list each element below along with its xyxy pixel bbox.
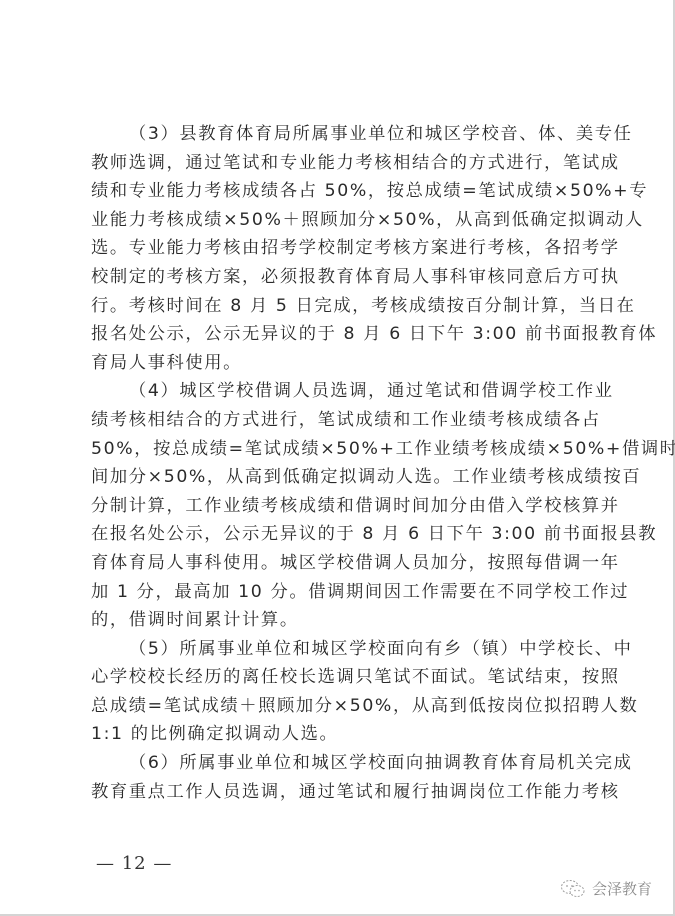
text-line: 间加分×50%，从高到低确定拟调动人选。工作业绩考核成绩按百 bbox=[91, 463, 591, 492]
text-line: （3）县教育体育局所属事业单位和城区学校音、体、美专任 bbox=[91, 120, 591, 149]
text-line: 的，借调时间累计计算。 bbox=[91, 606, 591, 635]
paragraph-3: （3）县教育体育局所属事业单位和城区学校音、体、美专任 教师选调，通过笔试和专业… bbox=[91, 120, 591, 377]
text-line: 行。考核时间在 8 月 5 日完成，考核成绩按百分制计算，当日在 bbox=[91, 292, 591, 321]
text-line: 1:1 的比例确定拟调动人选。 bbox=[91, 720, 591, 749]
text-line: 教育重点工作人员选调，通过笔试和履行抽调岗位工作能力考核 bbox=[91, 778, 591, 807]
paragraph-4: （4）城区学校借调人员选调，通过笔试和借调学校工作业 绩考核相结合的方式进行，笔… bbox=[91, 377, 591, 634]
wechat-icon bbox=[560, 879, 586, 899]
text-line: 绩和专业能力考核成绩各占 50%，按总成绩=笔试成绩×50%+专 bbox=[91, 177, 591, 206]
text-line: （4）城区学校借调人员选调，通过笔试和借调学校工作业 bbox=[91, 377, 591, 406]
text-line: 校制定的考核方案，必须报教育体育局人事科审核同意后方可执 bbox=[91, 263, 591, 292]
text-line: 业能力考核成绩×50%＋照顾加分×50%，从高到低确定拟调动人 bbox=[91, 206, 591, 235]
text-line: （6）所属事业单位和城区学校面向抽调教育体育局机关完成 bbox=[91, 749, 591, 778]
paragraph-5: （5）所属事业单位和城区学校面向有乡（镇）中学校长、中 心学校校长经历的离任校长… bbox=[91, 635, 591, 749]
watermark-text: 会泽教育 bbox=[592, 878, 652, 899]
text-line: 心学校校长经历的离任校长选调只笔试不面试。笔试结束，按照 bbox=[91, 663, 591, 692]
document-page: （3）县教育体育局所属事业单位和城区学校音、体、美专任 教师选调，通过笔试和专业… bbox=[0, 0, 675, 916]
page-number: — 12 — bbox=[96, 853, 172, 874]
text-line: 总成绩=笔试成绩＋照顾加分×50%，从高到低按岗位拟招聘人数 bbox=[91, 692, 591, 721]
text-line: 加 1 分，最高加 10 分。借调期间因工作需要在不同学校工作过 bbox=[91, 578, 591, 607]
text-line: （5）所属事业单位和城区学校面向有乡（镇）中学校长、中 bbox=[91, 635, 591, 664]
text-line: 选。专业能力考核由招考学校制定考核方案进行考核，各招考学 bbox=[91, 234, 591, 263]
document-body: （3）县教育体育局所属事业单位和城区学校音、体、美专任 教师选调，通过笔试和专业… bbox=[91, 120, 591, 806]
text-line: 绩考核相结合的方式进行，笔试成绩和工作业绩考核成绩各占 bbox=[91, 406, 591, 435]
text-line: 50%，按总成绩=笔试成绩×50%+工作业绩考核成绩×50%+借调时 bbox=[91, 435, 591, 464]
text-line: 育局人事科使用。 bbox=[91, 349, 591, 378]
text-line: 报名处公示，公示无异议的于 8 月 6 日下午 3:00 前书面报教育体 bbox=[91, 320, 591, 349]
text-line: 在报名处公示，公示无异议的于 8 月 6 日下午 3:00 前书面报县教 bbox=[91, 520, 591, 549]
text-line: 教师选调，通过笔试和专业能力考核相结合的方式进行，笔试成 bbox=[91, 149, 591, 178]
watermark: 会泽教育 bbox=[560, 878, 652, 899]
text-line: 育体育局人事科使用。城区学校借调人员加分，按照每借调一年 bbox=[91, 549, 591, 578]
paragraph-6: （6）所属事业单位和城区学校面向抽调教育体育局机关完成 教育重点工作人员选调，通… bbox=[91, 749, 591, 806]
text-line: 分制计算，工作业绩考核成绩和借调时间加分由借入学校核算并 bbox=[91, 492, 591, 521]
